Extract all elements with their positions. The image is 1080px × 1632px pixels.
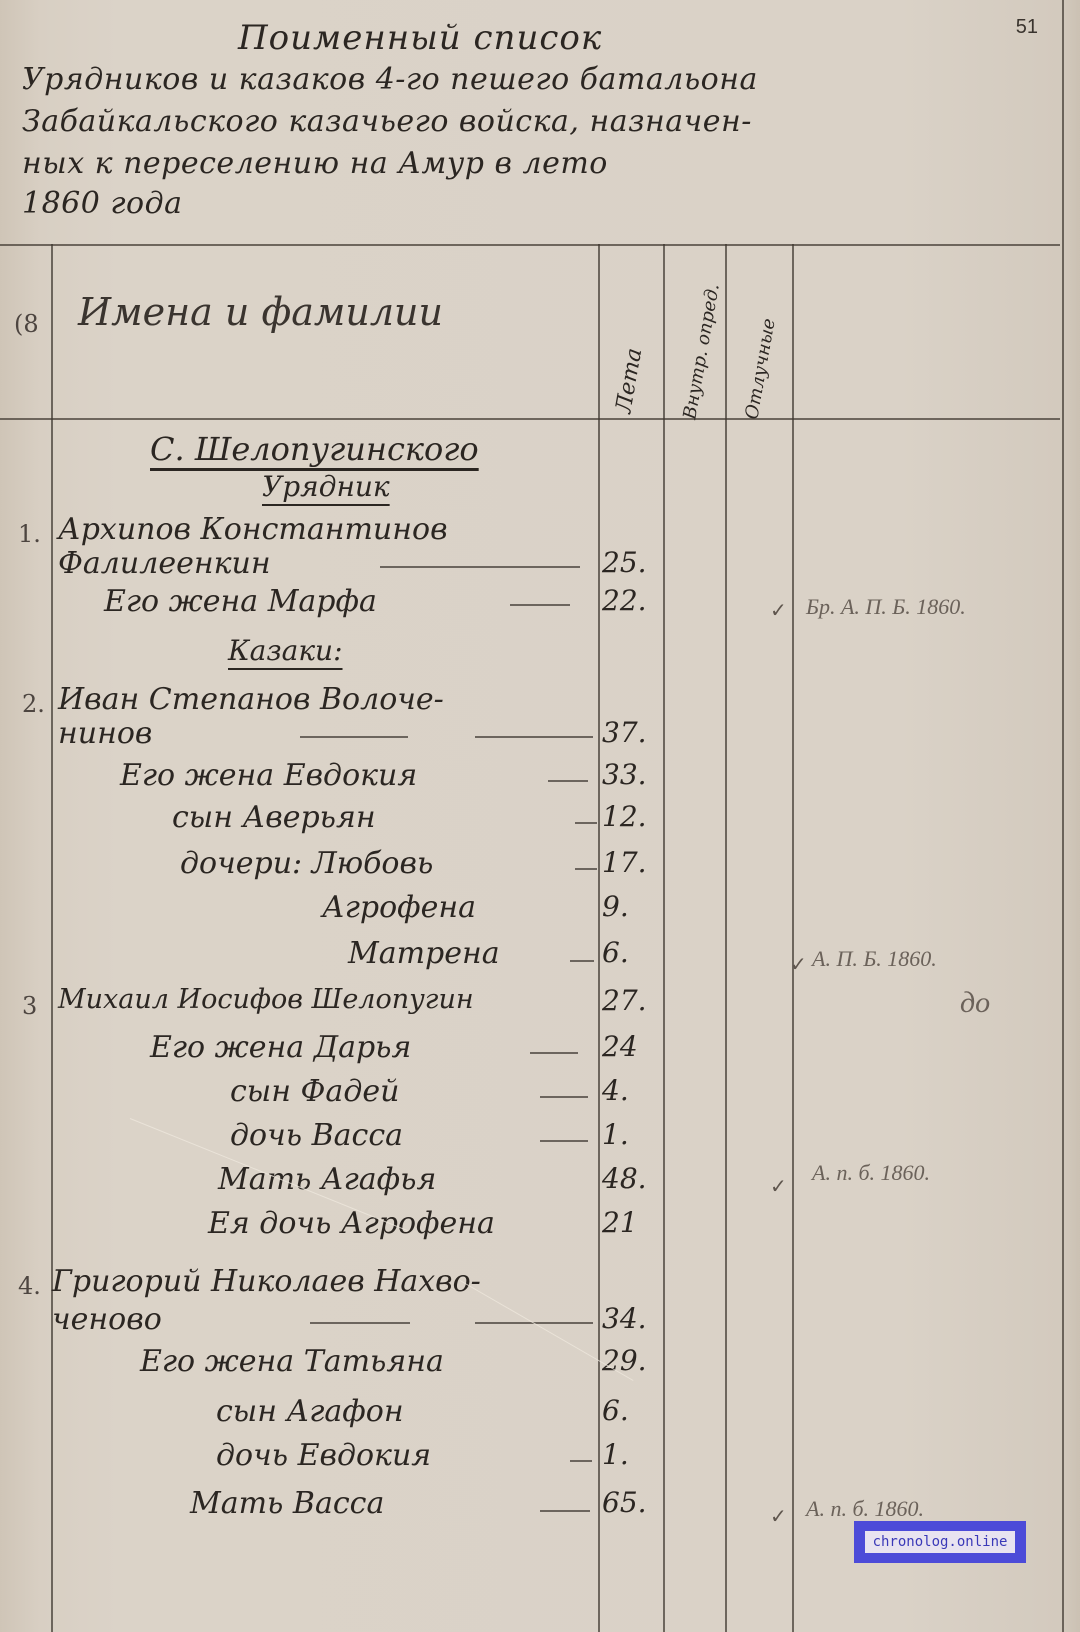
entry-age: 4. (602, 1074, 629, 1107)
header-names: Имена и фамилии (78, 290, 443, 334)
entry-name: дочери: Любовь (180, 846, 433, 881)
entry-age: 22. (602, 584, 647, 617)
check-mark-icon: ✓ (790, 952, 807, 976)
leader-line (530, 1052, 578, 1054)
leader-line (540, 1510, 590, 1512)
entry-number: 2. (22, 690, 45, 718)
check-mark-icon: ✓ (770, 1504, 787, 1528)
entry-age: 34. (602, 1302, 647, 1335)
entry-age: 17. (602, 846, 647, 879)
entry-name: Иван Степанов Волоче- (58, 682, 444, 717)
section-village: С. Шелопугинского (150, 430, 479, 468)
column-divider-col3 (725, 244, 727, 1632)
entry-age: 37. (602, 716, 647, 749)
leader-line (575, 868, 597, 870)
entry-age: 25. (602, 546, 647, 579)
entry-age: 9. (602, 890, 629, 923)
document-title: Поименный список (238, 18, 602, 58)
entry-name: Архипов Константинов (58, 512, 448, 547)
resettlement-note: А. п. б. 1860. (812, 1160, 930, 1186)
subtitle-line-2: Забайкальского казачьего войска, назначе… (22, 104, 752, 139)
leader-line (540, 1140, 588, 1142)
entry-name: дочь Евдокия (216, 1438, 431, 1473)
entry-age: 65. (602, 1486, 647, 1519)
entry-name: сын Фадей (230, 1074, 399, 1109)
right-margin-rule (1062, 0, 1064, 1632)
resettlement-note: А. п. б. 1860. (806, 1496, 924, 1522)
column-divider-num (51, 244, 53, 1632)
entry-name: сын Аверьян (172, 800, 376, 835)
entry-age: 24 (602, 1030, 638, 1063)
entry-name: Мать Васса (190, 1486, 384, 1521)
leader-line (300, 736, 408, 738)
entry-age: 1. (602, 1118, 629, 1151)
entry-name: Григорий Николаев Нахво- (52, 1264, 481, 1299)
leader-line (570, 1460, 592, 1462)
page-number: 51 (1016, 16, 1038, 39)
entry-age: 12. (602, 800, 647, 833)
leader-line (510, 604, 570, 606)
header-col3: Внутр. опред. (679, 282, 724, 421)
column-divider-col4 (792, 244, 794, 1632)
leader-line (548, 780, 588, 782)
leader-line (570, 960, 594, 962)
entry-age: 33. (602, 758, 647, 791)
entry-name: Его жена Евдокия (120, 758, 417, 793)
entry-name: Его жена Дарья (150, 1030, 411, 1065)
section-rank-uryadnik: Урядник (262, 470, 390, 503)
entry-name: сын Агафон (216, 1394, 404, 1429)
check-mark-icon: ✓ (770, 598, 787, 622)
leader-line (575, 822, 597, 824)
entry-age: 27. (602, 984, 647, 1017)
watermark-badge: chronolog.online (854, 1521, 1026, 1563)
ledger-page: 51 Поименный список Урядников и казаков … (0, 0, 1080, 1632)
column-divider-age (663, 244, 665, 1632)
entry-name: Его жена Марфа (104, 584, 377, 619)
entry-age: 48. (602, 1162, 647, 1195)
entry-name: Его жена Татьяна (140, 1344, 444, 1379)
watermark-text: chronolog.online (865, 1531, 1016, 1553)
entry-name: дочь Васса (230, 1118, 403, 1153)
entry-age: 1. (602, 1438, 629, 1471)
ditto-note: до (960, 986, 990, 1020)
section-rank-cossacks: Казаки: (228, 634, 343, 667)
leader-line (310, 1322, 410, 1324)
subtitle-line-4: 1860 года (22, 186, 183, 221)
check-mark-icon: ✓ (770, 1174, 787, 1198)
entry-name-cont: ченово (52, 1302, 162, 1337)
entry-number: 3 (22, 992, 37, 1020)
entry-name: Агрофена (322, 890, 476, 925)
resettlement-note: Бр. А. П. Б. 1860. (806, 594, 966, 620)
entry-age: 6. (602, 1394, 629, 1427)
entry-name-cont: нинов (58, 716, 152, 751)
entry-name: Матрена (348, 936, 500, 971)
leader-line (540, 1096, 588, 1098)
header-top-rule (0, 244, 1060, 246)
entry-number: 1. (18, 520, 41, 548)
subtitle-line-1: Урядников и казаков 4-го пешего батальон… (22, 62, 758, 97)
header-bottom-rule (0, 418, 1060, 420)
entry-age: 21 (602, 1206, 638, 1239)
leader-line (475, 736, 593, 738)
subtitle-line-3: ных к переселению на Амур в лето (22, 146, 608, 181)
resettlement-note: А. П. Б. 1860. (812, 946, 937, 972)
header-age: Лета (611, 346, 647, 415)
entry-name-cont: Фалилеенкин (58, 546, 271, 581)
entry-number: 4. (18, 1272, 41, 1300)
entry-name: Михаил Иосифов Шелопугин (58, 984, 474, 1015)
entry-name: Ея дочь Агрофена (208, 1206, 495, 1241)
header-col4: Отлучные (741, 317, 779, 421)
header-number: (8 (14, 310, 39, 338)
column-divider-names (598, 244, 600, 1632)
entry-age: 29. (602, 1344, 647, 1377)
leader-line (380, 566, 580, 568)
entry-age: 6. (602, 936, 629, 969)
